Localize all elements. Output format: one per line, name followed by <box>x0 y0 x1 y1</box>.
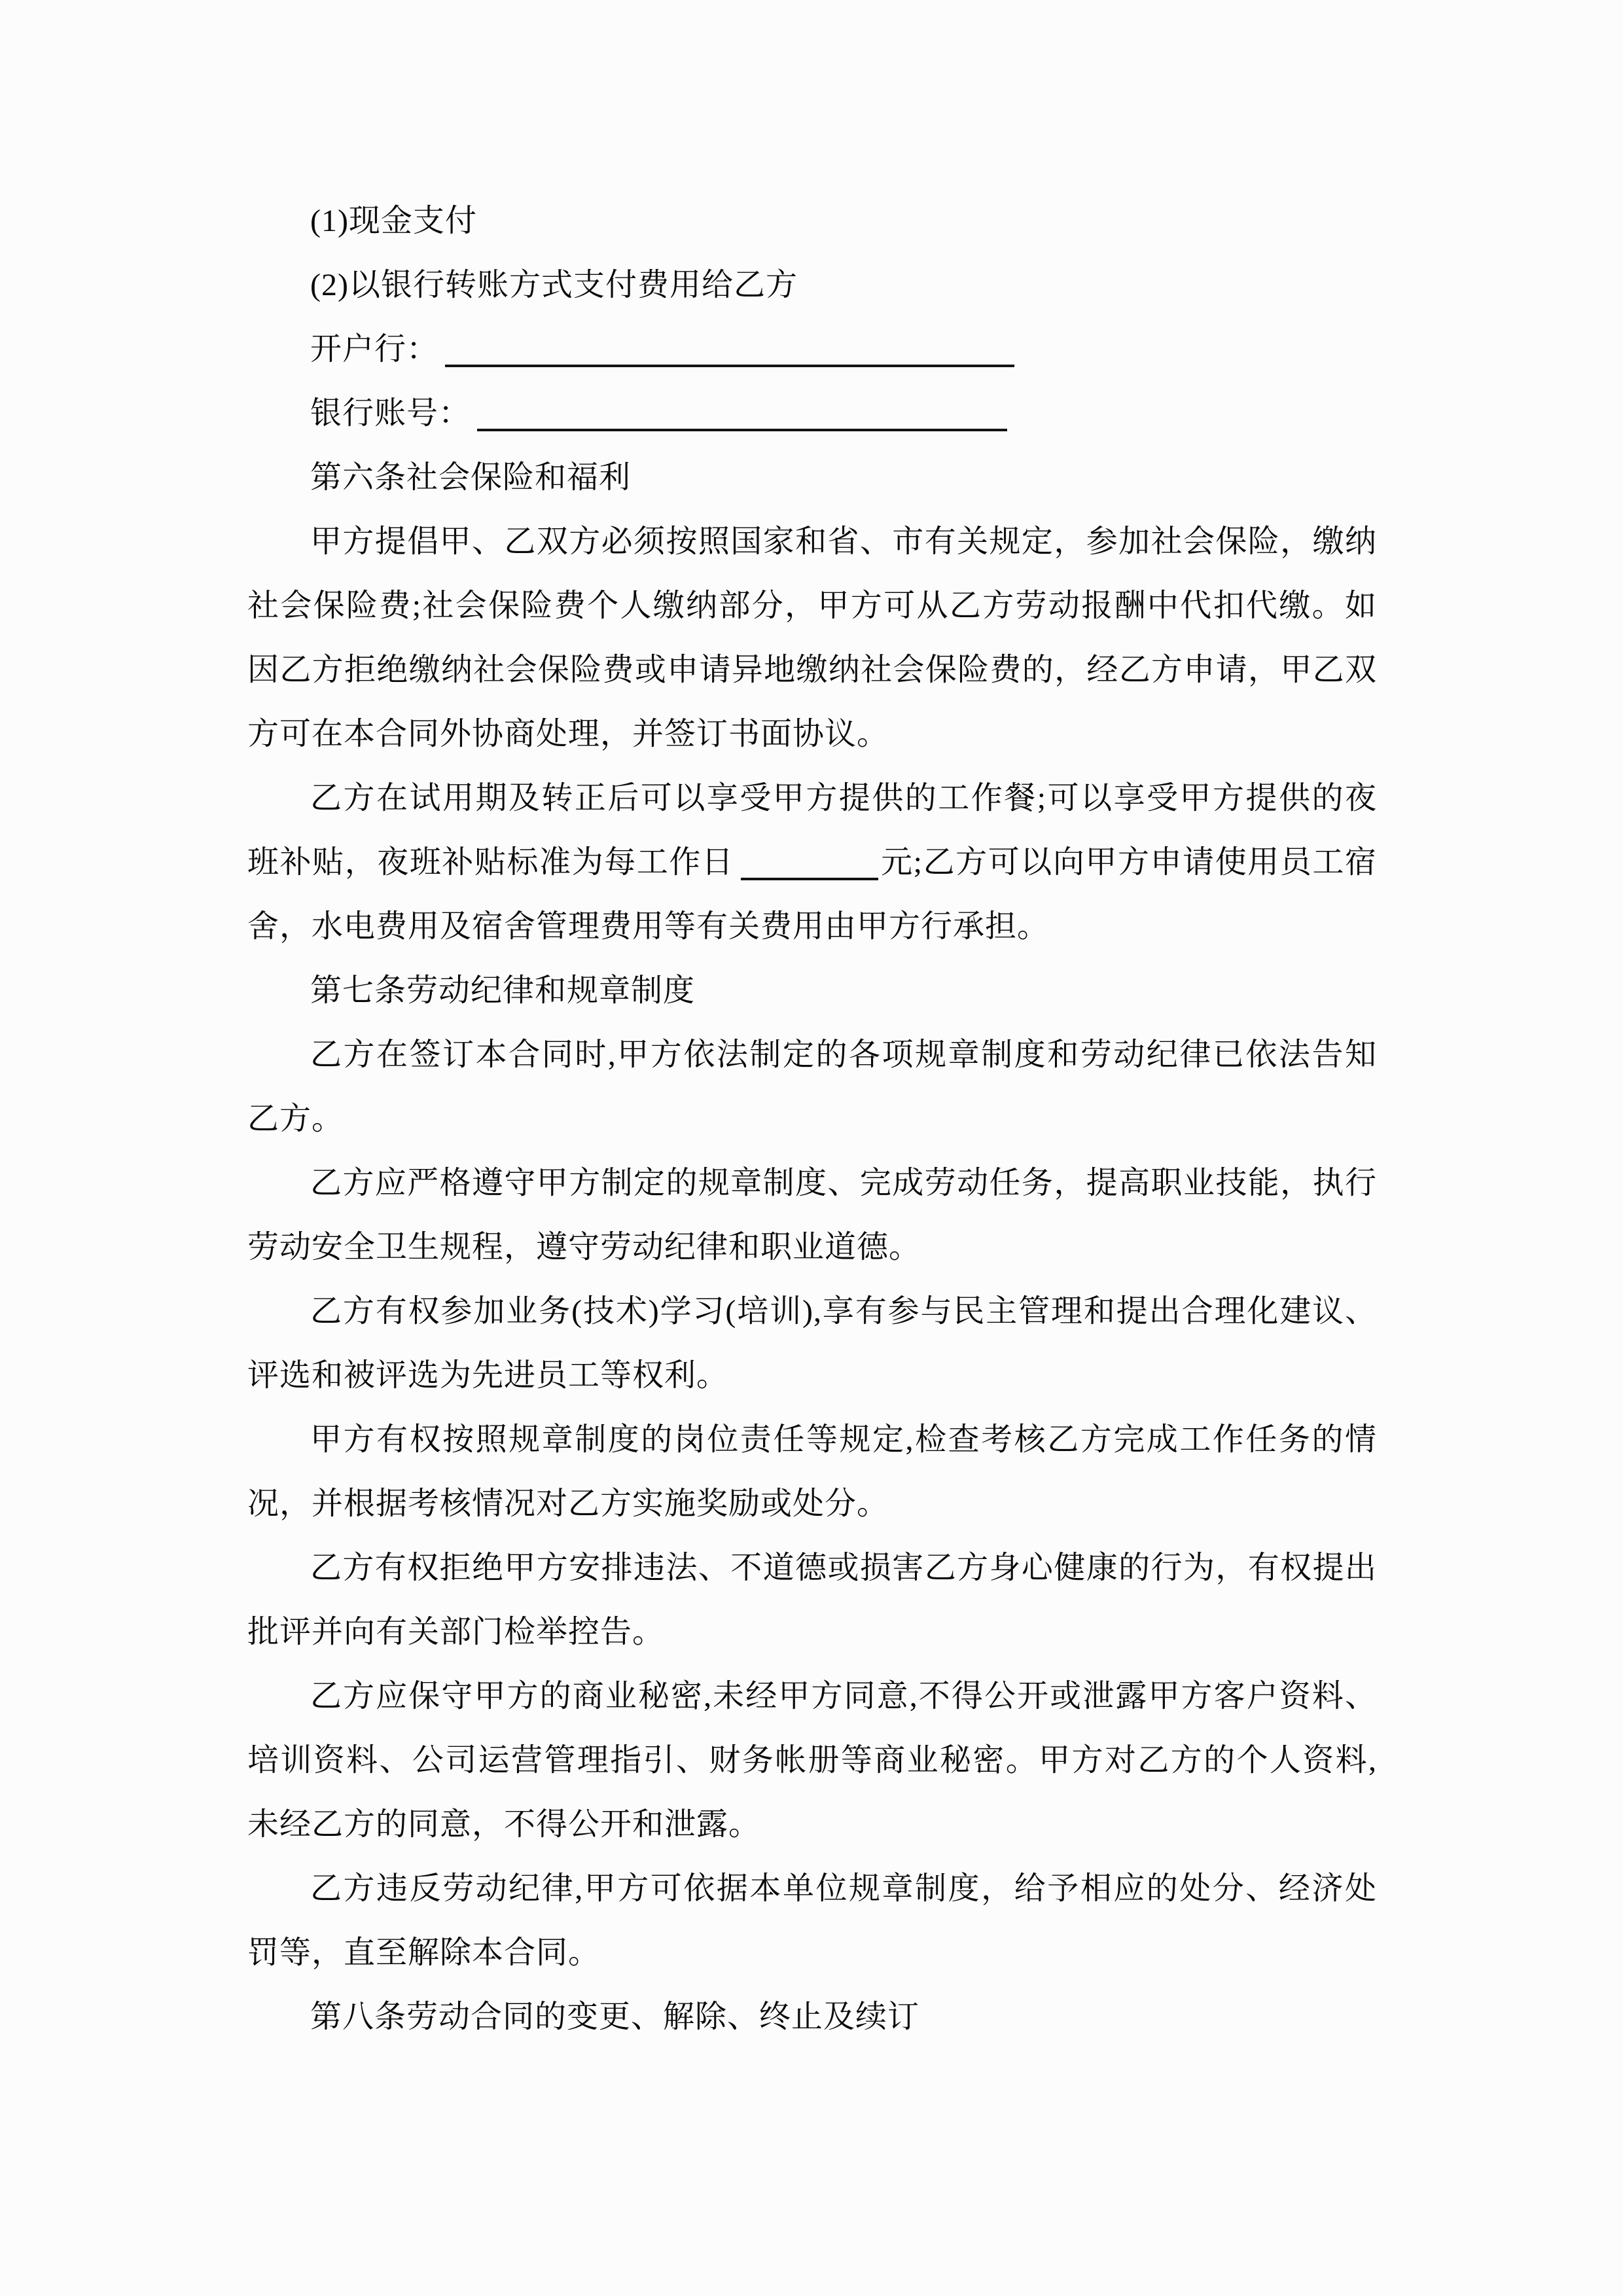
text-line: 社会保险费;社会保险费个人缴纳部分，甲方可从乙方劳动报酬中代扣代缴。如 <box>247 574 1377 638</box>
line-text: 甲方有权按照规章制度的岗位责任等规定,检查考核乙方完成工作任务的情 <box>310 1422 1377 1457</box>
text-line: 评选和被评选为先进员工等权利。 <box>247 1344 1377 1408</box>
text-line: 乙方在签订本合同时,甲方依法制定的各项规章制度和劳动纪律已依法告知 <box>247 1023 1377 1087</box>
line-text: 甲方提倡甲、乙双方必须按照国家和省、市有关规定，参加社会保险，缴纳 <box>310 524 1377 559</box>
text-line: (2)以银行转账方式支付费用给乙方 <box>247 253 1377 317</box>
line-text: 舍，水电费用及宿舍管理费用等有关费用由甲方行承担。 <box>247 909 1049 944</box>
line-text: 乙方有权拒绝甲方安排违法、不道德或损害乙方身心健康的行为，有权提出 <box>310 1551 1377 1585</box>
text-line: 况，并根据考核情况对乙方实施奖励或处分。 <box>247 1472 1377 1536</box>
line-text: 乙方应严格遵守甲方制定的规章制度、完成劳动任务，提高职业技能，执行 <box>310 1166 1377 1200</box>
text-line: 开户行： <box>247 317 1377 382</box>
line-text: 乙方有权参加业务(技术)学习(培训),享有参与民主管理和提出合理化建议、 <box>310 1294 1377 1329</box>
text-line: 班补贴，夜班补贴标准为每工作日元;乙方可以向甲方申请使用员工宿 <box>247 831 1377 895</box>
line-text: 第六条社会保险和福利 <box>310 460 631 495</box>
line-text: 元;乙方可以向甲方申请使用员工宿 <box>881 845 1377 880</box>
line-text: 况，并根据考核情况对乙方实施奖励或处分。 <box>247 1486 889 1521</box>
line-text: 开户行： <box>310 332 438 367</box>
text-line: 乙方有权参加业务(技术)学习(培训),享有参与民主管理和提出合理化建议、 <box>247 1280 1377 1344</box>
text-line: 乙方违反劳动纪律,甲方可依据本单位规章制度，给予相应的处分、经济处 <box>247 1857 1377 1921</box>
line-text: (1)现金支付 <box>310 204 477 238</box>
text-line: 甲方提倡甲、乙双方必须按照国家和省、市有关规定，参加社会保险，缴纳 <box>247 510 1377 574</box>
line-text: 罚等，直至解除本合同。 <box>247 1935 600 1970</box>
text-line: 乙方有权拒绝甲方安排违法、不道德或损害乙方身心健康的行为，有权提出 <box>247 1536 1377 1600</box>
blank-underline <box>741 876 878 880</box>
line-text: 培训资料、公司运营管理指引、财务帐册等商业秘密。甲方对乙方的个人资料, <box>247 1743 1377 1778</box>
text-line: (1)现金支付 <box>247 189 1377 253</box>
line-text: 乙方。 <box>247 1102 344 1136</box>
text-line: 方可在本合同外协商处理，并签订书面协议。 <box>247 702 1377 766</box>
text-line: 批评并向有关部门检举控告。 <box>247 1600 1377 1664</box>
line-text: 方可在本合同外协商处理，并签订书面协议。 <box>247 717 889 751</box>
line-text: 劳动安全卫生规程，遵守劳动纪律和职业道德。 <box>247 1230 921 1265</box>
line-text: 批评并向有关部门检举控告。 <box>247 1615 664 1649</box>
text-line: 银行账号： <box>247 382 1377 446</box>
line-text: 乙方在签订本合同时,甲方依法制定的各项规章制度和劳动纪律已依法告知 <box>310 1037 1377 1072</box>
line-text: 因乙方拒绝缴纳社会保险费或申请异地缴纳社会保险费的，经乙方申请，甲乙双 <box>247 653 1377 687</box>
text-line: 培训资料、公司运营管理指引、财务帐册等商业秘密。甲方对乙方的个人资料, <box>247 1729 1377 1793</box>
line-text: (2)以银行转账方式支付费用给乙方 <box>310 268 798 302</box>
text-line: 乙方应保守甲方的商业秘密,未经甲方同意,不得公开或泄露甲方客户资料、 <box>247 1664 1377 1729</box>
text-line: 因乙方拒绝缴纳社会保险费或申请异地缴纳社会保险费的，经乙方申请，甲乙双 <box>247 638 1377 702</box>
clause-heading: 第七条劳动纪律和规章制度 <box>247 959 1377 1023</box>
text-line: 乙方。 <box>247 1087 1377 1151</box>
line-text: 社会保险费;社会保险费个人缴纳部分，甲方可从乙方劳动报酬中代扣代缴。如 <box>247 588 1377 623</box>
document-page: (1)现金支付(2)以银行转账方式支付费用给乙方开户行：银行账号：第六条社会保险… <box>0 0 1623 2296</box>
line-text: 乙方应保守甲方的商业秘密,未经甲方同意,不得公开或泄露甲方客户资料、 <box>310 1679 1377 1713</box>
text-line: 舍，水电费用及宿舍管理费用等有关费用由甲方行承担。 <box>247 895 1377 959</box>
line-text: 第七条劳动纪律和规章制度 <box>310 973 695 1008</box>
text-line: 甲方有权按照规章制度的岗位责任等规定,检查考核乙方完成工作任务的情 <box>247 1408 1377 1472</box>
line-text: 未经乙方的同意，不得公开和泄露。 <box>247 1807 760 1842</box>
text-line: 乙方应严格遵守甲方制定的规章制度、完成劳动任务，提高职业技能，执行 <box>247 1151 1377 1215</box>
clause-heading: 第八条劳动合同的变更、解除、终止及续订 <box>247 1985 1377 2049</box>
line-text: 乙方在试用期及转正后可以享受甲方提供的工作餐;可以享受甲方提供的夜 <box>310 781 1377 816</box>
document-body: (1)现金支付(2)以银行转账方式支付费用给乙方开户行：银行账号：第六条社会保险… <box>247 189 1377 2049</box>
text-line: 劳动安全卫生规程，遵守劳动纪律和职业道德。 <box>247 1215 1377 1280</box>
line-text: 第八条劳动合同的变更、解除、终止及续订 <box>310 2000 919 2034</box>
line-text: 班补贴，夜班补贴标准为每工作日 <box>247 845 734 880</box>
text-line: 未经乙方的同意，不得公开和泄露。 <box>247 1793 1377 1857</box>
text-line: 乙方在试用期及转正后可以享受甲方提供的工作餐;可以享受甲方提供的夜 <box>247 766 1377 831</box>
text-line: 罚等，直至解除本合同。 <box>247 1921 1377 1985</box>
line-text: 乙方违反劳动纪律,甲方可依据本单位规章制度，给予相应的处分、经济处 <box>310 1871 1377 1906</box>
blank-underline <box>477 427 1007 431</box>
clause-heading: 第六条社会保险和福利 <box>247 446 1377 510</box>
line-text: 银行账号： <box>310 396 471 431</box>
blank-underline <box>445 363 1014 367</box>
line-text: 评选和被评选为先进员工等权利。 <box>247 1358 728 1393</box>
